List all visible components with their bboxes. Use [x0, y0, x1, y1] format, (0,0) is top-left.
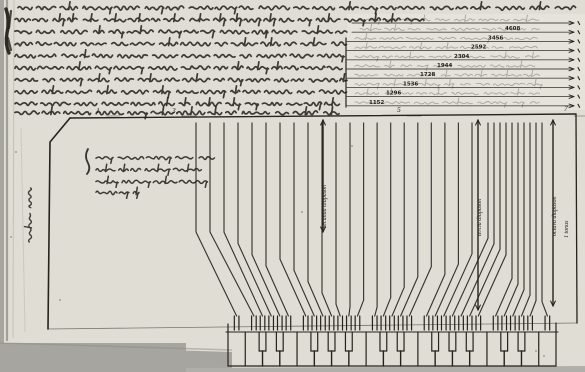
measure-label: octava diapason	[552, 197, 558, 237]
string-length-label: 1536	[403, 81, 418, 87]
speck	[543, 355, 545, 357]
octave-tick-label: 7	[564, 104, 568, 113]
string-length-label: 2304	[454, 54, 469, 60]
string-length-label: 4608	[505, 26, 520, 32]
manuscript-scene-svg: 4608345625922304194417281536129611521.3.…	[0, 0, 585, 372]
speck	[301, 211, 303, 213]
manuscript-photo: 4608345625922304194417281536129611521.3.…	[0, 0, 585, 372]
speck	[351, 145, 353, 147]
string-length-label: 1944	[437, 63, 452, 69]
string-length-label: 1152	[369, 100, 384, 106]
string-length-label: 2592	[471, 45, 486, 51]
octave-tick-label: 3.	[171, 106, 178, 115]
speck	[15, 151, 17, 153]
speck	[59, 299, 61, 301]
string-length-label: 1296	[386, 91, 401, 97]
string-length-label: 3456	[488, 35, 503, 41]
speck	[535, 350, 537, 352]
speck	[10, 236, 12, 238]
octave-tick-label: 1.	[96, 106, 102, 115]
measure-label: tercia diapason	[477, 199, 483, 236]
octave-tick-label: 5	[397, 105, 401, 114]
string-length-label: 1728	[420, 72, 435, 78]
measure-label: secunda diapason	[322, 185, 328, 228]
edge-interval-label: 1 tonus	[564, 220, 570, 238]
